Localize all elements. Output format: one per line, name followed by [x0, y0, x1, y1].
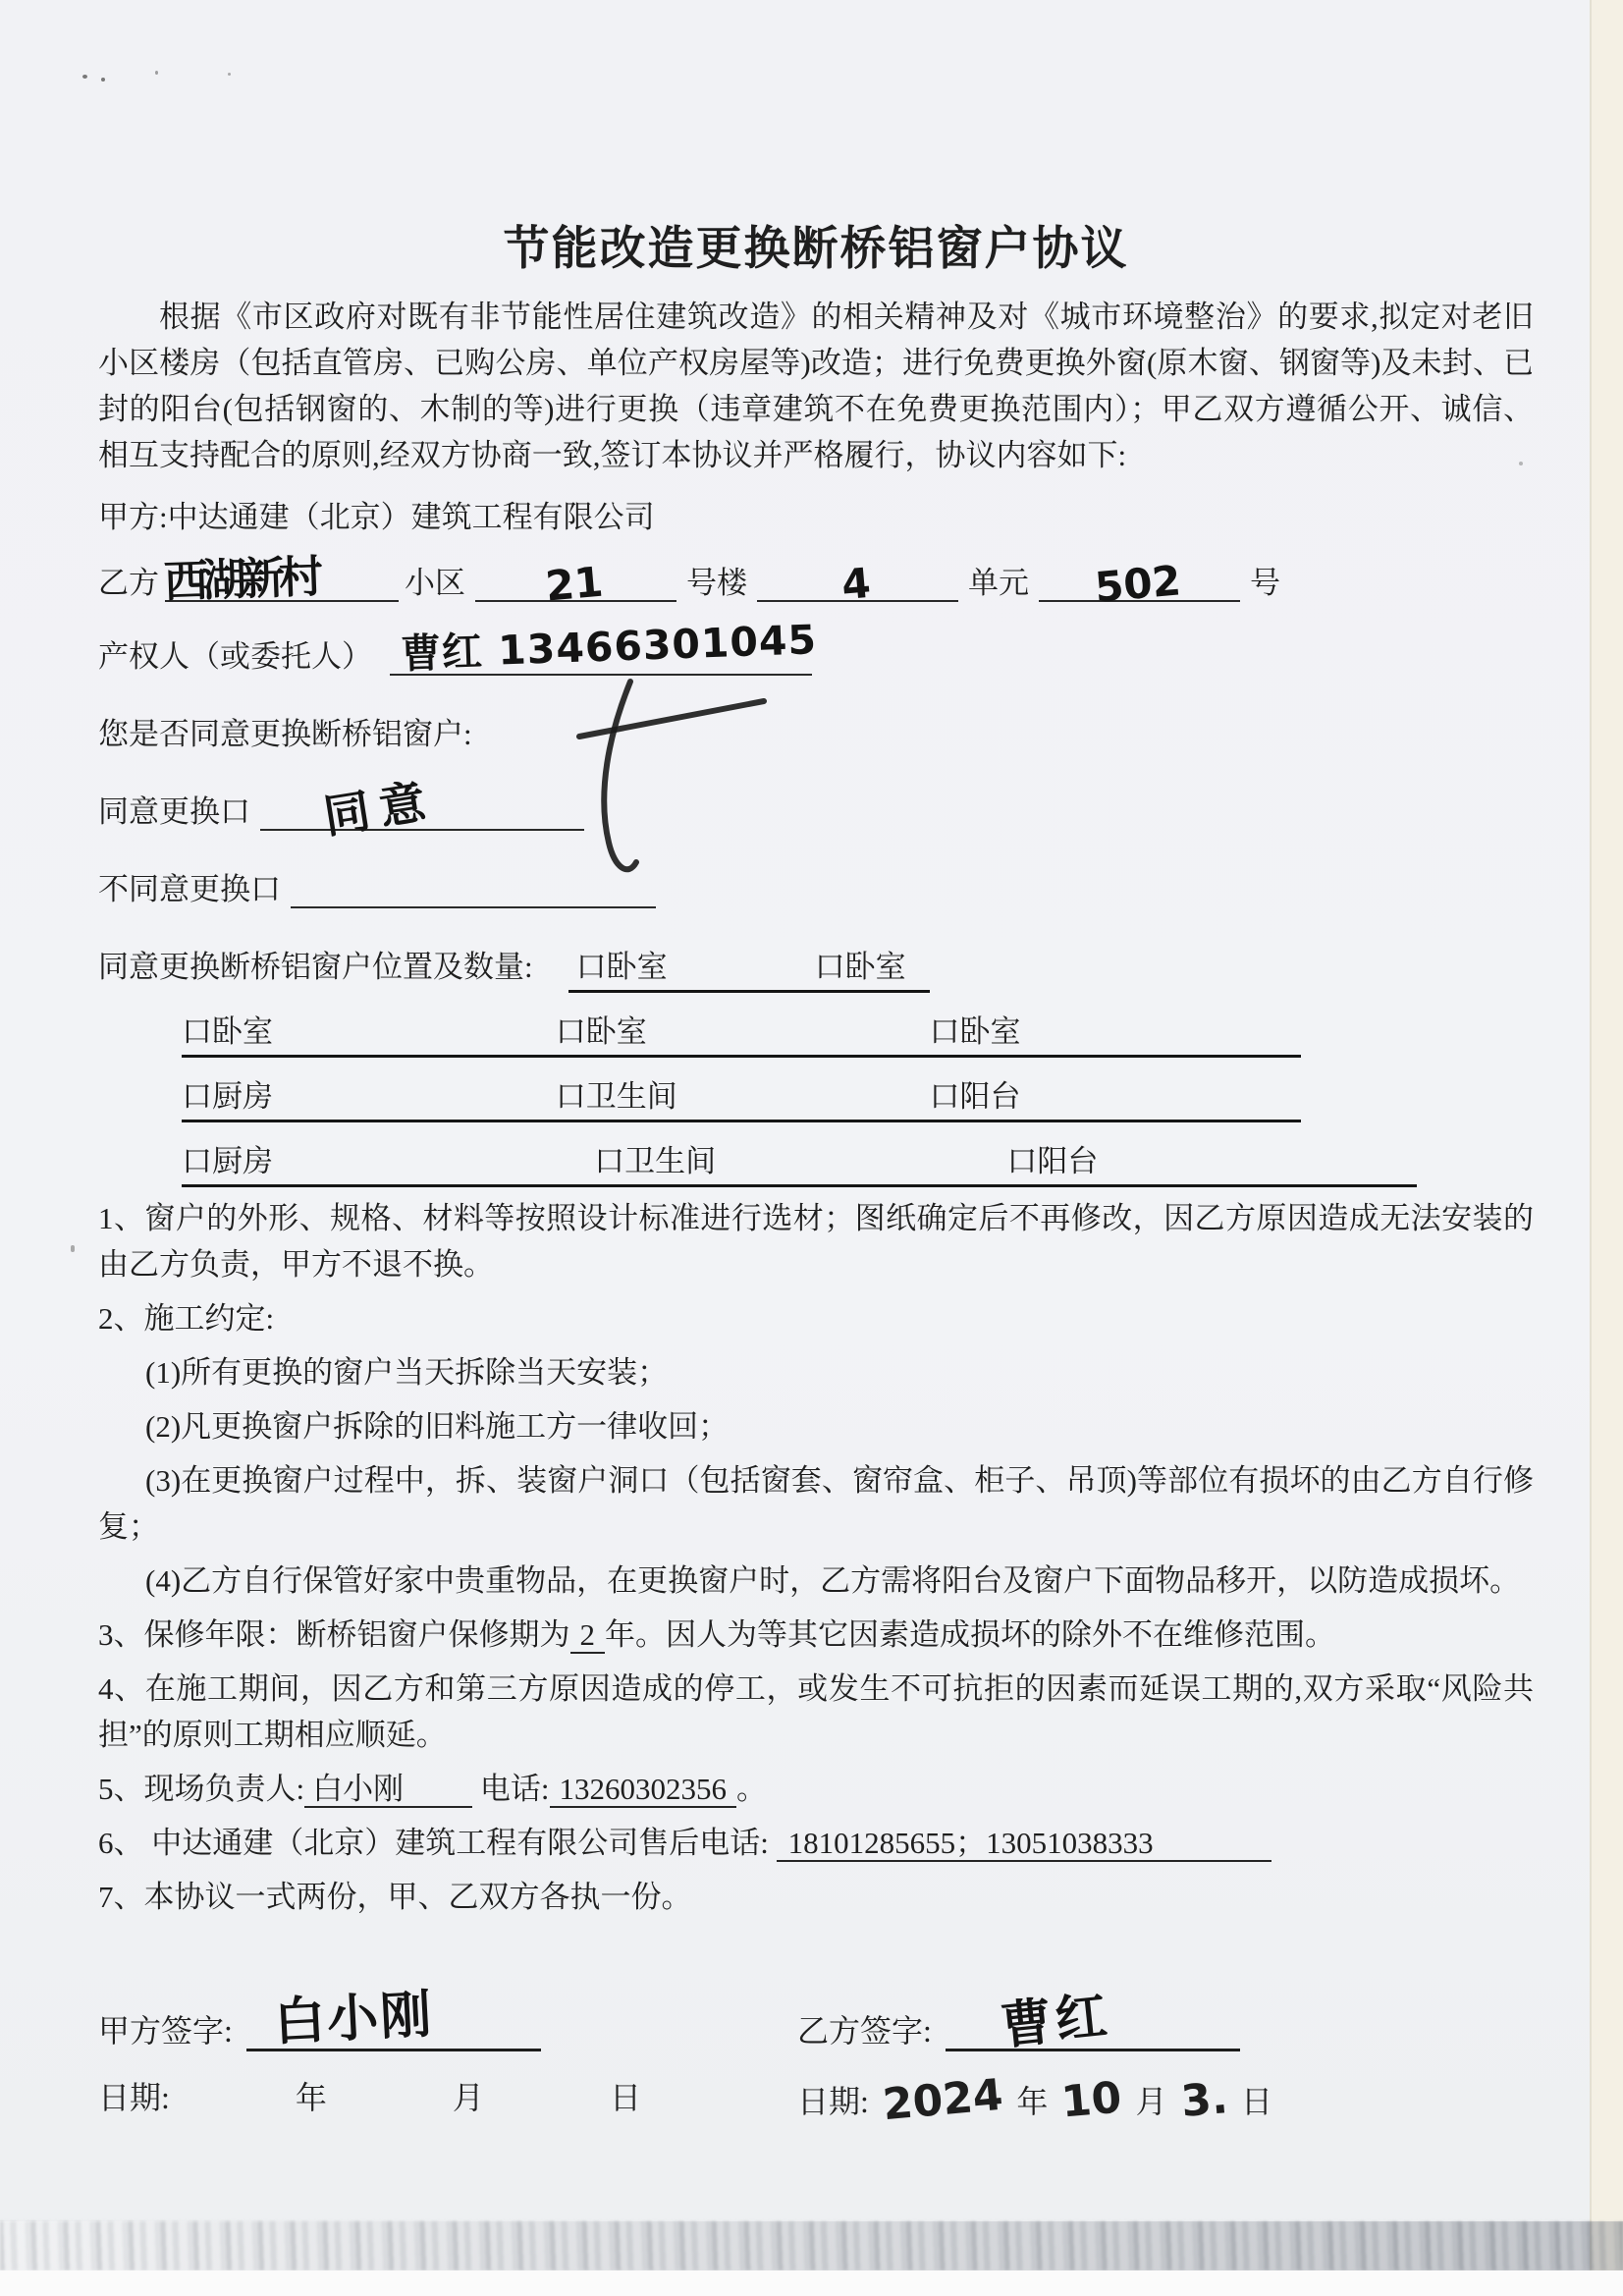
- clause-2-heading: 2、施工约定:: [98, 1295, 1534, 1341]
- owner-line: 产权人（或委托人）曹红 13466301045: [98, 631, 1534, 676]
- party-a-signature-line: 甲方签字:白小刚: [98, 2006, 797, 2051]
- party-b-signature-block: 乙方签字:曹红 日期:2024年10月3.日: [797, 2006, 1534, 2123]
- room-number-handwriting: 502: [1093, 556, 1183, 611]
- community-suffix: 小区: [405, 566, 465, 600]
- date-label: 日期:: [98, 2080, 170, 2115]
- community-handwriting: 西湖新村: [163, 541, 318, 610]
- signature-section: 甲方签字:白小刚 日期:年月日 乙方签字:曹红 日期:2024年10月3.日: [98, 2006, 1534, 2123]
- party-b-signature-handwriting: 曹红: [997, 1974, 1113, 2058]
- locations-row-1: 口卧室 口卧室 口卧室: [182, 1007, 1301, 1058]
- day-label: 日: [1241, 2084, 1272, 2119]
- party-a-line: 甲方:中达通建（北京）建筑工程有限公司: [98, 492, 1534, 536]
- agree-option-line: 同意更换口同意: [98, 787, 1534, 831]
- locations-row-2: 口厨房 口卫生间 口阳台: [182, 1071, 1301, 1122]
- clause-1: 1、窗户的外形、规格、材料等按照设计标准进行选材；图纸确定后不再修改，因乙方原因…: [98, 1195, 1534, 1287]
- location-item: 口卧室: [576, 950, 668, 984]
- room-number-blank: 502: [1039, 565, 1240, 602]
- document-content: 节能改造更换断桥铝窗户协议 根据《市区政府对既有非节能性居住建筑改造》的相关精神…: [98, 0, 1534, 2123]
- scanned-document-page: 节能改造更换断桥铝窗户协议 根据《市区政府对既有非节能性居住建筑改造》的相关精神…: [0, 0, 1623, 2296]
- party-a-signature-handwriting: 白小刚: [272, 1973, 435, 2054]
- party-b-signature-line: 乙方签字:曹红: [797, 2006, 1534, 2051]
- location-item: 口阳台: [1006, 1136, 1419, 1180]
- disagree-blank: [291, 871, 656, 908]
- clause-4: 4、在施工期间，因乙方和第三方原因造成的停工，或发生不可抗拒的因素而延误工期的,…: [98, 1666, 1534, 1758]
- owner-handwriting: 曹红 13466301045: [400, 607, 818, 680]
- clause-5-tel-label: 电话:: [480, 1772, 550, 1806]
- agree-option-label: 同意更换口: [98, 794, 250, 829]
- location-item: 口卧室: [182, 1007, 556, 1051]
- site-manager-phone: 13260302356: [550, 1772, 737, 1808]
- location-item: 口卫生间: [594, 1136, 1006, 1180]
- party-b-signature-label: 乙方签字:: [797, 2013, 932, 2049]
- date-day-handwriting: 3.: [1179, 2073, 1230, 2127]
- scan-speck: [71, 1245, 75, 1252]
- month-label: 月: [453, 2073, 484, 2118]
- page-title: 节能改造更换断桥铝窗户协议: [98, 212, 1534, 278]
- building-number-blank: 21: [475, 565, 676, 602]
- building-label: 号楼: [686, 566, 747, 600]
- location-item: 口厨房: [182, 1071, 556, 1116]
- clause-2-item-1: (1)所有更换的窗户当天拆除当天安装；: [98, 1349, 1534, 1395]
- intro-paragraph: 根据《市区政府对既有非节能性居住建筑改造》的相关精神及对《城市环境整治》的要求,…: [98, 294, 1534, 478]
- unit-number-handwriting: 4: [839, 559, 872, 609]
- clause-6-label: 6、 中达通建（北京）建筑工程有限公司售后电话:: [98, 1826, 769, 1860]
- clause-7: 7、本协议一式两份，甲、乙双方各执一份。: [98, 1874, 1534, 1920]
- clause-5: 5、现场负责人:白小刚 电话:13260302356。: [98, 1766, 1534, 1812]
- clause-6: 6、 中达通建（北京）建筑工程有限公司售后电话: 18101285655；130…: [98, 1820, 1534, 1866]
- clause-5-label: 5、现场负责人:: [98, 1772, 304, 1806]
- party-a-signature-label: 甲方签字:: [98, 2013, 233, 2049]
- location-item: 口卧室: [930, 1007, 1304, 1051]
- room-label: 号: [1250, 566, 1280, 600]
- disagree-option-line: 不同意更换口: [98, 864, 1534, 908]
- agree-question: 您是否同意更换断桥铝窗户:: [98, 709, 1534, 753]
- party-b-date-line: 日期:2024年10月3.日: [797, 2073, 1534, 2123]
- clause-5-period: 。: [736, 1772, 767, 1806]
- party-a-signature-blank: 白小刚: [246, 2009, 541, 2051]
- location-item: 口阳台: [930, 1071, 1304, 1116]
- scan-bottom-margin: [0, 2270, 1623, 2296]
- clause-3-text-after: 年。因人为等其它因素造成损坏的除外不在维修范围。: [605, 1617, 1335, 1652]
- party-b-signature-blank: 曹红: [946, 2009, 1240, 2051]
- location-item: 口卫生间: [556, 1071, 930, 1116]
- location-item: 口卧室: [556, 1007, 930, 1051]
- party-a-signature-block: 甲方签字:白小刚 日期:年月日: [98, 2006, 797, 2123]
- community-blank: 西湖新村: [165, 565, 399, 602]
- unit-number-blank: 4: [757, 565, 958, 602]
- party-b-prefix: 乙方: [98, 566, 159, 600]
- building-number-handwriting: 21: [543, 558, 605, 611]
- disagree-option-label: 不同意更换口: [98, 872, 281, 906]
- clause-2-item-3: (3)在更换窗户过程中，拆、装窗户洞口（包括窗套、窗帘盒、柜子、吊顶)等部位有损…: [98, 1457, 1534, 1550]
- warranty-years-value: 2: [570, 1617, 606, 1654]
- after-sales-phones: 18101285655；13051038333: [777, 1826, 1271, 1862]
- unit-label: 单元: [968, 566, 1029, 600]
- location-item: 口厨房: [182, 1136, 594, 1180]
- date-month-handwriting: 10: [1059, 2072, 1123, 2127]
- scan-edge-band: [1590, 0, 1623, 2296]
- locations-label: 同意更换断桥铝窗户位置及数量:: [98, 950, 533, 984]
- scan-bottom-shade: [0, 2221, 1623, 2270]
- party-b-line: 乙方西湖新村小区21号楼4单元502号: [98, 558, 1534, 602]
- clause-2-item-4: (4)乙方自行保管好家中贵重物品，在更换窗户时，乙方需将阳台及窗户下面物品移开，…: [98, 1558, 1534, 1604]
- scan-speck: [82, 75, 87, 79]
- locations-header-blank: 口卧室口卧室: [568, 942, 930, 993]
- month-label: 月: [1136, 2084, 1167, 2119]
- owner-label: 产权人（或委托人）: [98, 639, 372, 674]
- agree-handwriting: 同意: [319, 764, 440, 847]
- locations-header: 同意更换断桥铝窗户位置及数量:口卧室口卧室: [98, 942, 1534, 993]
- owner-blank: 曹红 13466301045: [390, 638, 812, 676]
- agree-blank: 同意: [260, 793, 584, 831]
- locations-row-3: 口厨房 口卫生间 口阳台: [182, 1136, 1417, 1187]
- party-a-date-line: 日期:年月日: [98, 2073, 797, 2118]
- year-label: 年: [296, 2073, 327, 2118]
- location-item: 口卧室: [815, 950, 906, 984]
- date-year-handwriting: 2024: [881, 2070, 1004, 2130]
- clause-3-text: 3、保修年限：断桥铝窗户保修期为: [98, 1617, 570, 1652]
- clause-3: 3、保修年限：断桥铝窗户保修期为2年。因人为等其它因素造成损坏的除外不在维修范围…: [98, 1612, 1534, 1658]
- clause-2-item-2: (2)凡更换窗户拆除的旧料施工方一律收回；: [98, 1403, 1534, 1449]
- date-label: 日期:: [797, 2084, 869, 2119]
- year-label: 年: [1016, 2084, 1048, 2119]
- day-label: 日: [610, 2073, 641, 2118]
- site-manager-name: 白小刚: [304, 1772, 472, 1808]
